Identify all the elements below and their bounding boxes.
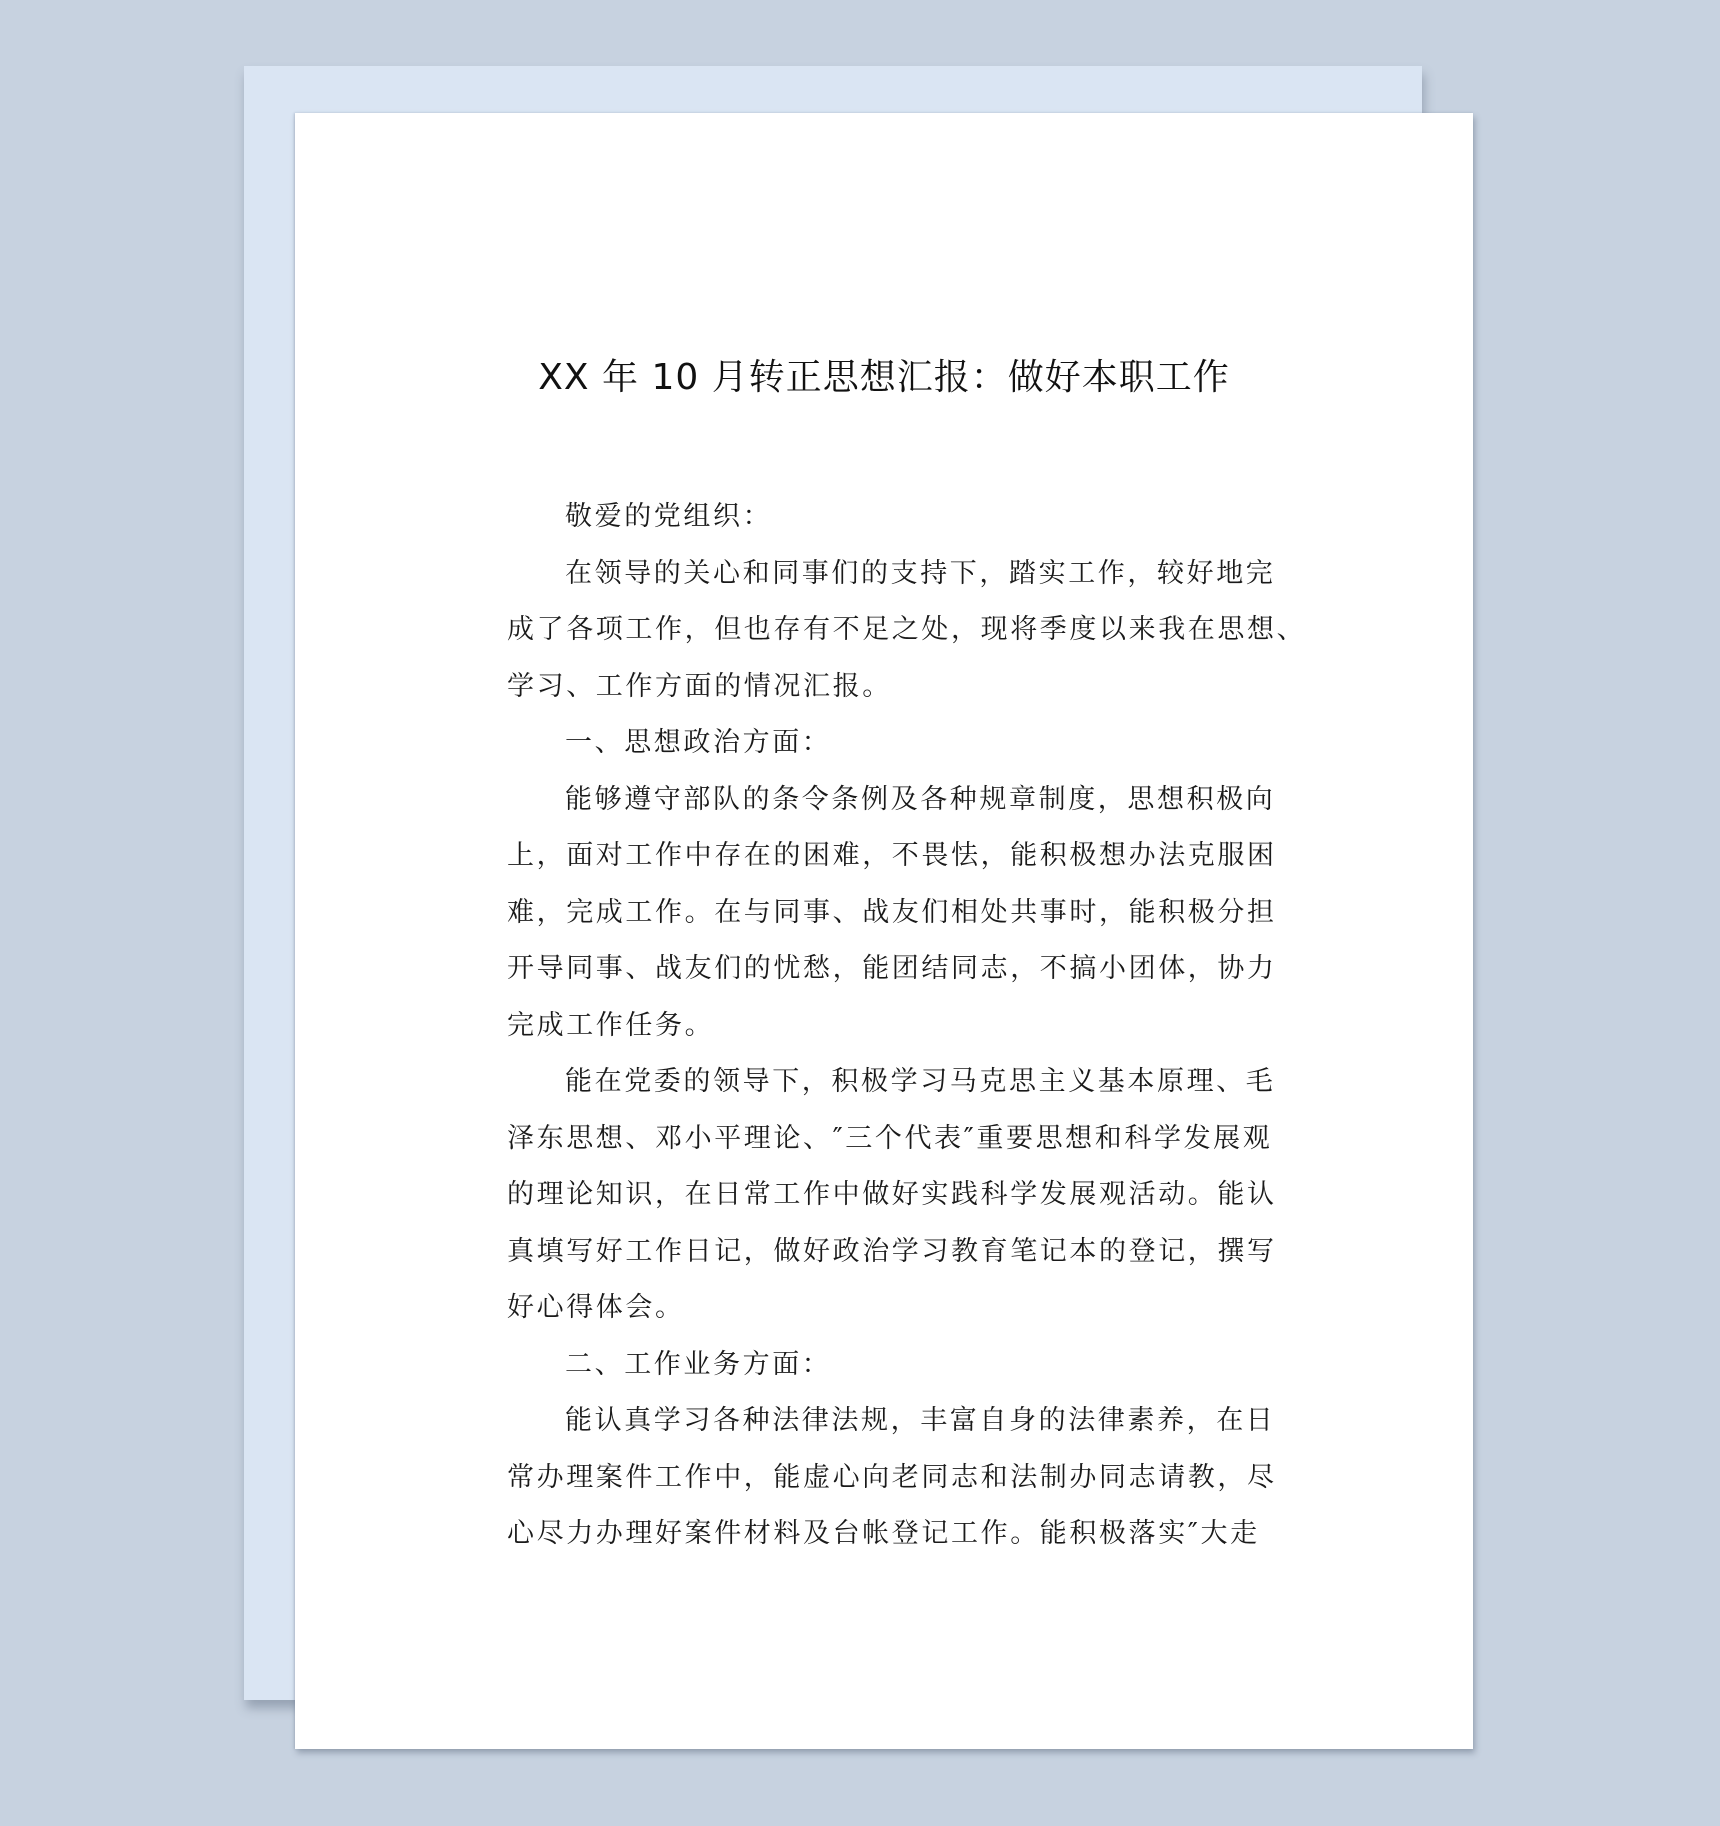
paragraph-line: 能认真学习各种法律法规，丰富自身的法律素养，在日 [507,1393,1259,1450]
paragraph-line: 好心得体会。 [507,1280,1259,1337]
paragraph-line: 常办理案件工作中，能虚心向老同志和法制办同志请教，尽 [507,1450,1259,1507]
salutation: 敬爱的党组织： [507,489,1259,546]
paragraph-line: 真填写好工作日记，做好政治学习教育笔记本的登记，撰写 [507,1224,1259,1281]
paragraph-line: 的理论知识，在日常工作中做好实践科学发展观活动。能认 [507,1167,1259,1224]
document-page: XX 年 10 月转正思想汇报：做好本职工作 敬爱的党组织： 在领导的关心和同事… [295,113,1473,1749]
section-heading: 二、工作业务方面： [507,1337,1259,1394]
paragraph-line: 能在党委的领导下，积极学习马克思主义基本原理、毛 [507,1054,1259,1111]
paragraph-line: 在领导的关心和同事们的支持下，踏实工作，较好地完 [507,546,1259,603]
paragraph-line: 上，面对工作中存在的困难，不畏怯，能积极想办法克服困 [507,828,1259,885]
paragraph-line: 能够遵守部队的条令条例及各种规章制度，思想积极向 [507,772,1259,829]
paragraph-line: 学习、工作方面的情况汇报。 [507,659,1259,716]
paragraph-line: 难，完成工作。在与同事、战友们相处共事时，能积极分担 [507,885,1259,942]
paragraph-line: 完成工作任务。 [507,998,1259,1055]
paragraph-line: 泽东思想、邓小平理论、″三个代表″重要思想和科学发展观 [507,1111,1259,1168]
paragraph-line: 成了各项工作，但也存有不足之处，现将季度以来我在思想、 [507,602,1259,659]
document-title: XX 年 10 月转正思想汇报：做好本职工作 [295,356,1473,400]
document-body: 敬爱的党组织： 在领导的关心和同事们的支持下，踏实工作，较好地完 成了各项工作，… [507,489,1259,1563]
paragraph-line: 开导同事、战友们的忧愁，能团结同志，不搞小团体，协力 [507,941,1259,998]
section-heading: 一、思想政治方面： [507,715,1259,772]
paragraph-line: 心尽力办理好案件材料及台帐登记工作。能积极落实″大走 [507,1506,1259,1563]
